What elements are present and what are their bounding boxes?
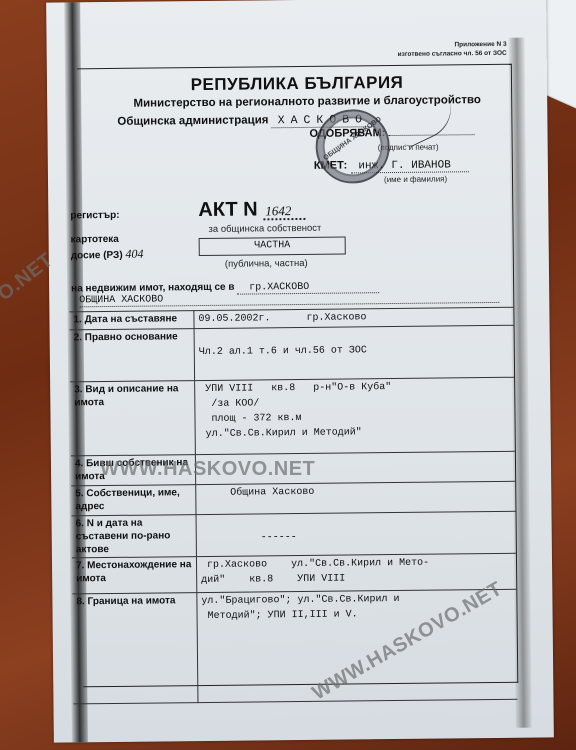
annex-note: Приложение N 3 изготвено съгласно чл. 56… [398,40,507,59]
table-row: 7. Местонахождение на имота гр.Хасково у… [72,553,516,594]
watermark: WWW.HASKOVO.NET [100,458,315,481]
act-subtitle: за общинска собственост [208,223,321,235]
table-row: 3. Вид и описание на имота УПИ VIII кв.8… [70,377,515,456]
ownership-type-box: ЧАСТНА [199,237,346,257]
table-row: 2. Правно основание Чл.2 ал.1 т.6 и чл.5… [70,325,515,382]
name-hint: (име и фамилия) [384,174,447,184]
official-stamp: ОБЩИНА ХАСКОВО [315,109,390,184]
table-row: 5. Собственици, име, адрес Община Хасков… [71,481,515,516]
document-page: Приложение N 3 изготвено съгласно чл. 56… [46,0,554,743]
act-number: 1642 [263,203,305,220]
table-row: 6. N и дата на съставени по-рано актове … [72,511,516,558]
register-label: регистър: [70,210,119,222]
dossier-label: досие (РЗ) 404 [71,247,144,263]
property-details-table: 1. Дата на съставяне09.05.2002г. гр.Хаск… [69,307,517,705]
act-heading: АКТ N 1642 [198,198,305,222]
ownership-hint: (публична, частна) [225,258,308,270]
file-label: картотека [71,234,119,246]
dossier-number: 404 [125,247,143,261]
